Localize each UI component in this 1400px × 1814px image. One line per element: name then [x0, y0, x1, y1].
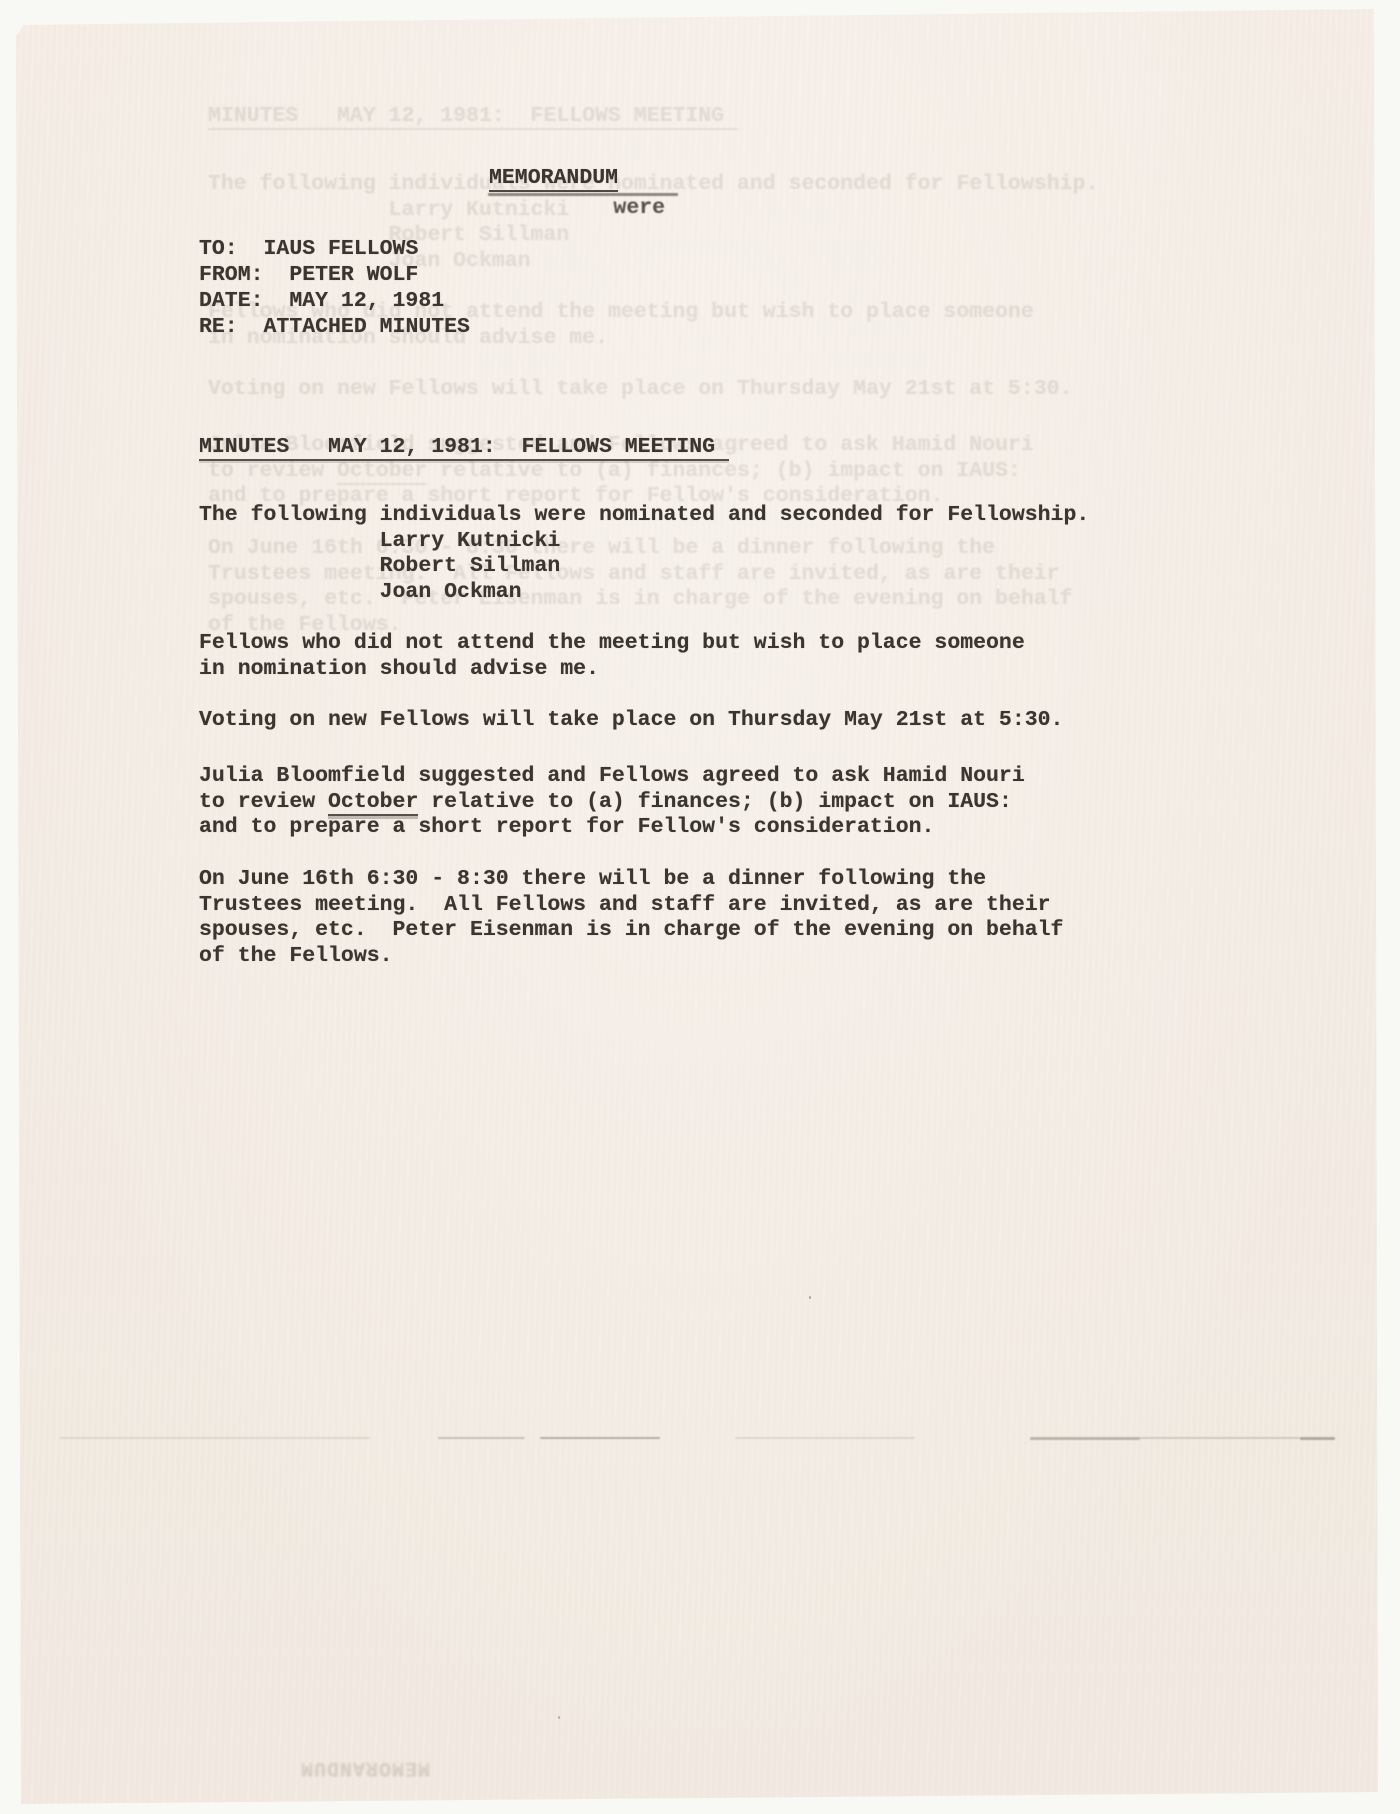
paper-speck: [558, 1716, 560, 1719]
paragraph-voting: Voting on new Fellows will take place on…: [199, 708, 1063, 734]
field-value: MAY 12, 1981: [289, 289, 444, 313]
memo-content: MINUTES MAY 12, 1981: FELLOWS MEETING Th…: [0, 0, 1400, 1814]
paragraph-october-review: Julia Bloomfield suggested and Fellows a…: [199, 764, 1025, 841]
subject-line: MINUTES MAY 12, 1981: FELLOWS MEETING: [199, 435, 729, 461]
field-label: FROM:: [199, 263, 264, 287]
field-value: IAUS FELLOWS: [264, 237, 419, 261]
nominee-name: Joan Ockman: [199, 580, 1089, 606]
memo-field-date: DATE:MAY 12, 1981: [199, 288, 470, 314]
field-label: DATE:: [199, 289, 264, 313]
scan-background: MINUTES MAY 12, 1981: FELLOWS MEETING Th…: [0, 0, 1400, 1814]
field-label: RE:: [199, 315, 238, 339]
struck-out-ghost-text: were: [488, 172, 678, 198]
paragraph-nominations: The following individuals were nominated…: [199, 503, 1089, 605]
field-value: ATTACHED MINUTES: [264, 315, 470, 339]
paragraph-dinner: On June 16th 6:30 - 8:30 there will be a…: [199, 867, 1063, 969]
memo-body: MINUTES MAY 12, 1981: FELLOWS MEETING Th…: [199, 435, 1199, 995]
memo-field-from: FROM:PETER WOLF: [199, 262, 470, 288]
struck-word: were: [613, 196, 665, 220]
nominee-name: Larry Kutnicki: [199, 529, 1089, 555]
paragraph-absent-fellows: Fellows who did not attend the meeting b…: [199, 631, 1025, 682]
memo-field-re: RE:ATTACHED MINUTES: [199, 314, 470, 340]
ghost-paragraph: Voting on new Fellows will take place on…: [208, 377, 1072, 403]
ghost-subject-line: MINUTES MAY 12, 1981: FELLOWS MEETING: [208, 104, 738, 130]
paper-fold-crease: [55, 1437, 1340, 1441]
nominee-name: Robert Sillman: [199, 554, 1089, 580]
underlined-word-october: October: [328, 790, 418, 816]
memo-header-fields: TO:IAUS FELLOWS FROM:PETER WOLF DATE:MAY…: [199, 236, 470, 340]
mirrored-bleedthrough-text: MEMORANDUM: [270, 1756, 430, 1779]
field-label: TO:: [199, 237, 238, 261]
memo-field-to: TO:IAUS FELLOWS: [199, 236, 470, 262]
field-value: PETER WOLF: [289, 263, 418, 287]
paper-speck: [809, 1296, 811, 1299]
